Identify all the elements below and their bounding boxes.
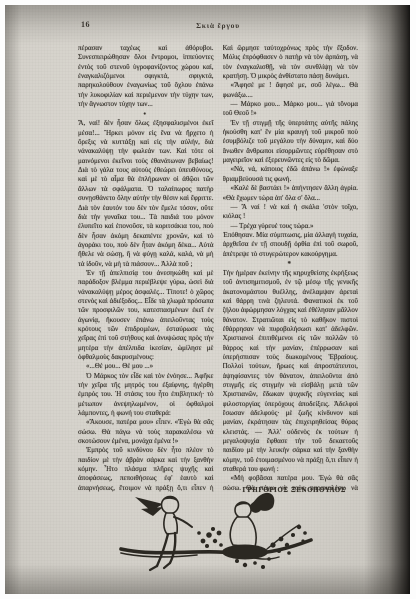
paragraph: Ὁ Μάρκος τὸν εἶδε καὶ τὸν ἐνόησε... Ἀφῆκ… — [78, 372, 214, 419]
paragraph: Τὴν ἡμέραν ἐκείνην τῆς κηρυχθείσης ἐκρήξ… — [223, 269, 359, 475]
scan-shadow-left — [5, 5, 21, 594]
left-cherub — [135, 496, 192, 570]
paragraph: πέρασαν ταχέως καὶ ἀθόρυβοι. Συνεσπειρώθ… — [78, 44, 214, 109]
text-column-left: πέρασαν ταχέως καὶ ἀθόρυβοι. Συνεσπειρώθ… — [78, 44, 214, 492]
two-column-text-block: πέρασαν ταχέως καὶ ἀθόρυβοι. Συνεσπειρώθ… — [78, 44, 358, 492]
paragraph: «Ἄκουσε, πατέρα μου» εἶπεν. «Ἐγὼ θὰ σᾶς … — [78, 418, 214, 446]
paragraph: «Νά, νά, κάποιος ἐδῶ ἀπάνω !» ἐφώναξε θρ… — [223, 165, 359, 184]
paragraph: — Μάρκο μου... Μάρκο μου... γιὰ τὄνομα τ… — [223, 100, 359, 119]
right-cherub — [222, 493, 274, 560]
paragraph: — Τρέχα γύρευέ τους τώρα.» — [223, 222, 359, 231]
paragraph: Καὶ ὥρμησε ταὐτοχρόνως πρὸς τὴν ἔξοδον. … — [223, 44, 359, 81]
text-column-right: Καὶ ὥρμησε ταὐτοχρόνως πρὸς τὴν ἔξοδον. … — [223, 44, 359, 492]
section-separator: • — [78, 109, 214, 119]
scanned-page: 16 Σκιὰ ἔργου πέρασαν ταχέως καὶ ἀθόρυβο… — [5, 5, 410, 594]
paragraph: Ἐν τῇ ἀπελπισίᾳ του ἀνεσηκώθη καὶ μὲ παρ… — [78, 269, 214, 362]
paragraph: Ἄ, ναί! δὲν ἦσαν ὅλως ἐξησφαλισμένοι ἐκε… — [78, 119, 214, 269]
section-separator: * — [223, 259, 359, 269]
paragraph: «...Θέ μου... Θέ μου ...» — [78, 362, 214, 371]
paragraph: «Ἄφησέ με ! ἄφησέ με, σοῦ λέγω... Θὰ φων… — [223, 81, 359, 100]
scan-shadow-right — [364, 5, 410, 594]
paragraph: Ἐπόθησαν. Μία σύμπτωσις, μία ἀλλαγὴ τυχα… — [223, 231, 359, 259]
paragraph: «Καλὲ δὲ βαστάει !» ἀπήντησεν ἄλλη ἀγρία… — [223, 184, 359, 203]
paragraph: — Ἄ ναί ! νὰ καὶ ἡ σκάλα 'στὸν τοῖχο, κι… — [223, 203, 359, 222]
ribbon — [135, 497, 163, 516]
running-head: Σκιὰ ἔργου — [78, 21, 358, 30]
paragraph: Ἐν τῇ στιγμῇ τῆς ὑπερτάτης αὐτῆς πάλης ἠ… — [223, 119, 359, 166]
cherub-tailpiece-illustration — [117, 483, 317, 589]
